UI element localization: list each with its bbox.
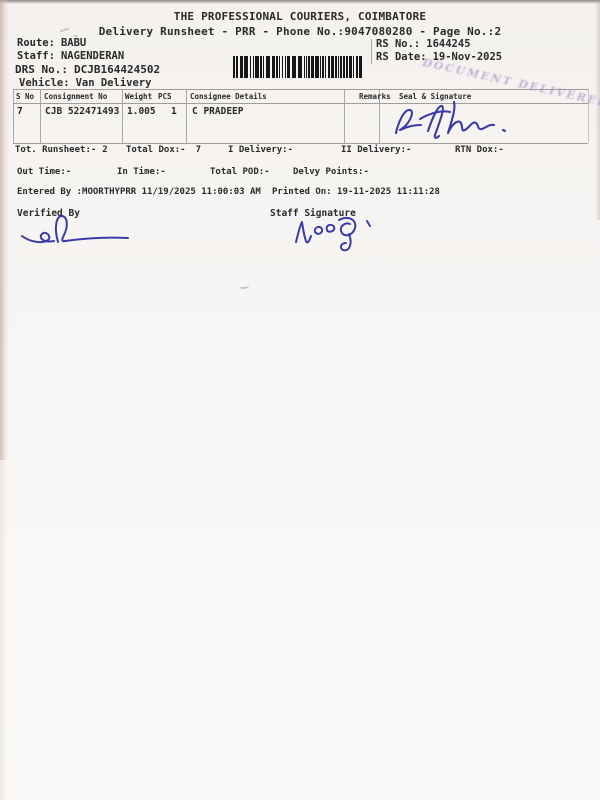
header-consignee-details: Consignee Details <box>190 92 267 101</box>
table-border <box>588 89 589 143</box>
cell-weight: 1.005 <box>127 106 156 117</box>
scan-edge-top <box>0 0 600 4</box>
total-pod: Total POD:- <box>210 167 270 177</box>
staff-signature <box>291 214 386 254</box>
verified-by-signature <box>16 212 176 248</box>
drs-no-line: DRS No.:DCJB164424502 <box>15 63 160 76</box>
cell-consignment-no: CJB 522471493 <box>45 106 119 117</box>
staff-value: NAGENDERAN <box>61 50 124 62</box>
rtn-dox: RTN Dox:- <box>455 145 504 155</box>
tot-runsheet: Tot. Runsheet:-2 <box>15 145 108 155</box>
tot-runsheet-label: Tot. Runsheet:- <box>15 145 96 155</box>
drs-barcode <box>233 56 362 78</box>
total-dox-value: 7 <box>196 145 201 155</box>
rs-date-label: RS Date: <box>376 51 427 63</box>
header-remarks: Remarks <box>359 92 391 101</box>
scan-smudge <box>239 282 250 289</box>
printed-on: Printed On: 19-11-2025 11:11:28 <box>272 187 440 197</box>
table-border <box>122 89 123 143</box>
header-weight: Weight <box>125 92 152 101</box>
cell-pcs: 1 <box>171 106 177 117</box>
drs-no-label: DRS No.: <box>15 63 68 76</box>
i-delivery: I Delivery:- <box>228 145 293 155</box>
in-time: In Time:- <box>117 167 166 177</box>
route-line: Route:BABU <box>17 37 86 49</box>
rs-no-label: RS No.: <box>376 38 420 50</box>
route-label: Route: <box>17 37 55 49</box>
header-consignment-no: Consignment No <box>44 92 107 101</box>
entered-by: Entered By :MOORTHYPRR 11/19/2025 11:00:… <box>17 187 261 197</box>
table-border <box>186 89 187 143</box>
rs-divider-line <box>371 39 372 64</box>
out-time: Out Time:- <box>17 167 71 177</box>
rs-no-value: 1644245 <box>426 38 470 50</box>
staff-label: Staff: <box>17 50 55 62</box>
table-border <box>13 89 588 90</box>
staff-line: Staff:NAGENDERAN <box>17 50 124 62</box>
cell-s-no: 7 <box>17 106 23 117</box>
table-border <box>13 89 14 143</box>
cell-consignee: C PRADEEP <box>192 106 243 117</box>
header-pcs: PCS <box>158 92 172 101</box>
page-title: THE PROFESSIONAL COURIERS, COIMBATORE <box>0 10 600 23</box>
drs-no-value: DCJB164424502 <box>74 63 160 76</box>
vehicle-label: Vehicle: <box>19 77 70 89</box>
header-s-no: S No <box>16 92 34 101</box>
scan-edge-left <box>0 0 10 460</box>
page-subtitle: Delivery Runsheet - PRR - Phone No.:9047… <box>0 25 600 38</box>
total-dox-label: Total Dox:- <box>126 145 186 155</box>
consignee-signature <box>388 97 528 147</box>
vehicle-line: Vehicle:Van Delivery <box>19 77 151 89</box>
delivery-runsheet-document: THE PROFESSIONAL COURIERS, COIMBATORE De… <box>0 0 600 800</box>
total-dox: Total Dox:-7 <box>126 145 201 155</box>
tot-runsheet-value: 2 <box>102 145 107 155</box>
table-border <box>40 89 41 143</box>
table-border <box>344 89 345 143</box>
barcode-bars <box>233 56 362 78</box>
route-value: BABU <box>61 37 86 49</box>
delvy-points: Delvy Points:- <box>293 167 369 177</box>
vehicle-value: Van Delivery <box>76 77 152 89</box>
ii-delivery: II Delivery:- <box>341 145 411 155</box>
rs-no-line: RS No.:1644245 <box>376 38 471 50</box>
